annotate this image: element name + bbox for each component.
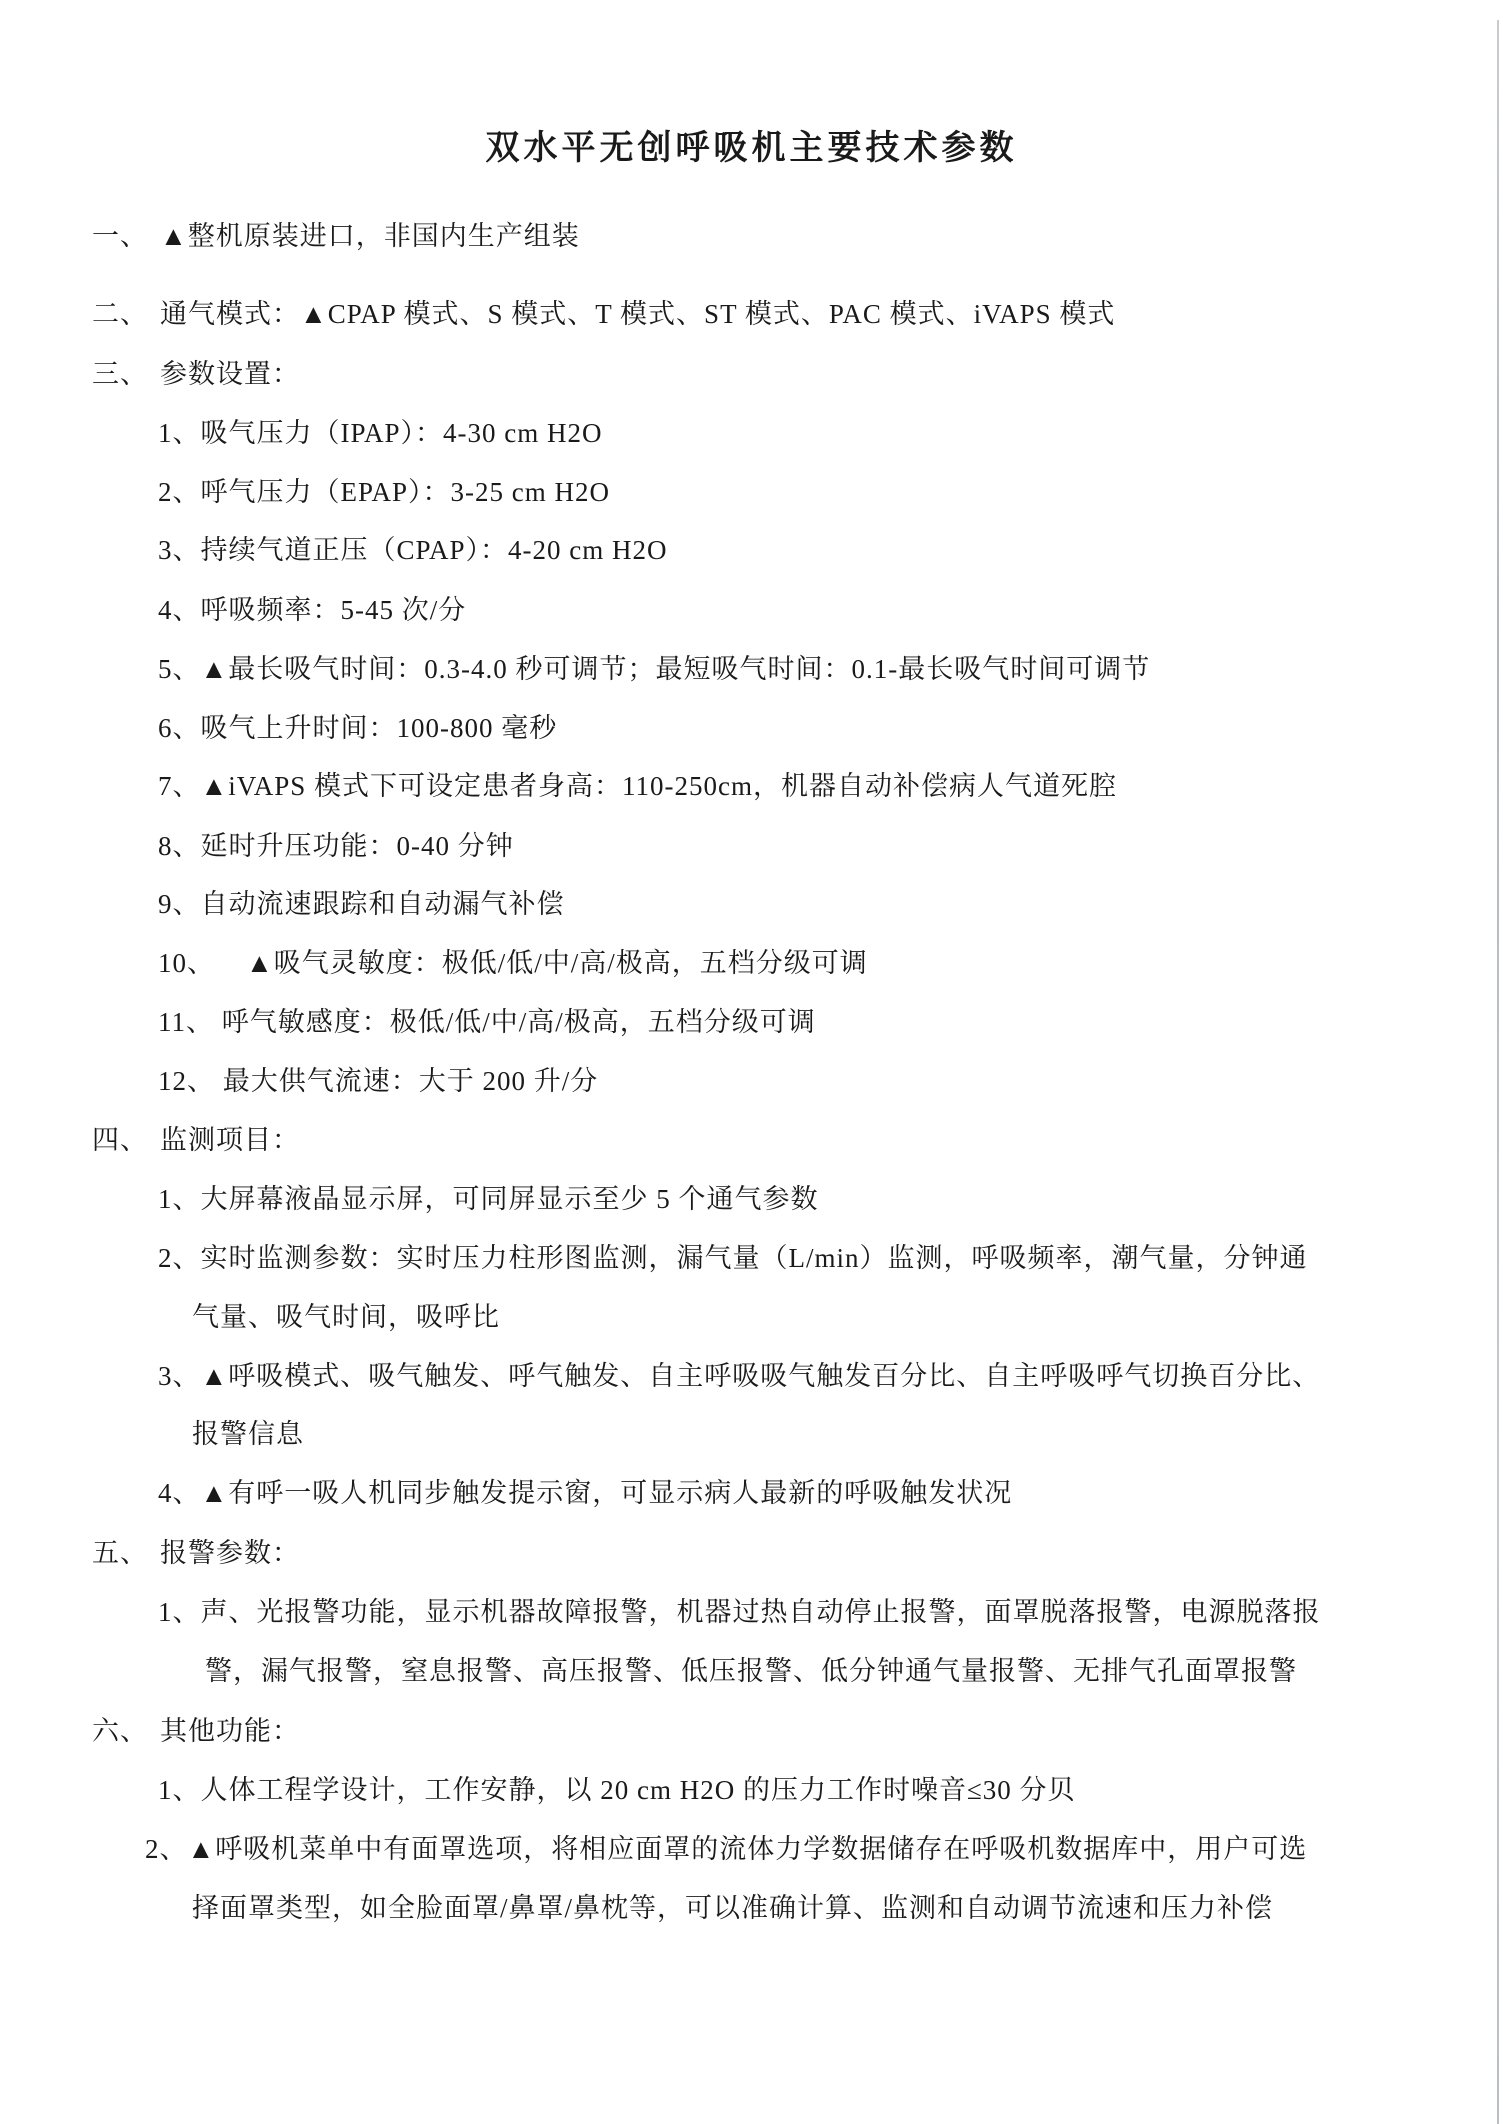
- list-item: 7、▲iVAPS 模式下可设定患者身高：110-250cm，机器自动补偿病人气道…: [158, 766, 1117, 806]
- section-number: 五、: [92, 1533, 160, 1573]
- list-item-continuation: 警，漏气报警，窒息报警、高压报警、低压报警、低分钟通气量报警、无排气孔面罩报警: [205, 1651, 1297, 1691]
- list-item: 1、人体工程学设计，工作安静，以 20 cm H2O 的压力工作时噪音≤30 分…: [158, 1770, 1076, 1810]
- section-number: 一、: [92, 216, 160, 256]
- list-item: 12、 最大供气流速：大于 200 升/分: [158, 1061, 598, 1101]
- list-item: 2、呼气压力（EPAP）：3-25 cm H2O: [158, 472, 610, 512]
- section-heading-text: 通气模式：▲CPAP 模式、S 模式、T 模式、ST 模式、PAC 模式、iVA…: [160, 299, 1115, 329]
- list-item: 11、 呼气敏感度：极低/低/中/高/极高，五档分级可调: [158, 1002, 816, 1042]
- section-heading-text: ▲整机原装进口，非国内生产组装: [160, 221, 580, 251]
- list-item: 2、实时监测参数：实时压力柱形图监测，漏气量（L/min）监测，呼吸频率，潮气量…: [158, 1238, 1308, 1278]
- section-2-heading: 二、通气模式：▲CPAP 模式、S 模式、T 模式、ST 模式、PAC 模式、i…: [92, 294, 1115, 334]
- list-item: 4、▲有呼一吸人机同步触发提示窗，可显示病人最新的呼吸触发状况: [158, 1473, 1012, 1513]
- list-item: 3、▲呼吸模式、吸气触发、呼气触发、自主呼吸吸气触发百分比、自主呼吸呼气切换百分…: [158, 1356, 1320, 1396]
- list-item-continuation: 择面罩类型，如全脸面罩/鼻罩/鼻枕等，可以准确计算、监测和自动调节流速和压力补偿: [192, 1888, 1273, 1928]
- list-item: 1、大屏幕液晶显示屏，可同屏显示至少 5 个通气参数: [158, 1179, 819, 1219]
- section-heading-text: 报警参数：: [160, 1538, 300, 1568]
- section-5-heading: 五、报警参数：: [92, 1533, 300, 1573]
- section-heading-text: 其他功能：: [160, 1716, 300, 1746]
- section-heading-text: 参数设置：: [160, 359, 300, 389]
- page-title: 双水平无创呼吸机主要技术参数: [0, 120, 1503, 169]
- list-item-continuation: 报警信息: [192, 1414, 304, 1454]
- section-heading-text: 监测项目：: [160, 1125, 300, 1155]
- list-item: 9、自动流速跟踪和自动漏气补偿: [158, 884, 565, 924]
- section-4-heading: 四、监测项目：: [92, 1120, 300, 1160]
- section-number: 六、: [92, 1711, 160, 1751]
- section-number: 二、: [92, 294, 160, 334]
- list-item-continuation: 气量、吸气时间，吸呼比: [192, 1297, 500, 1337]
- list-item: 1、声、光报警功能，显示机器故障报警，机器过热自动停止报警，面罩脱落报警，电源脱…: [158, 1592, 1321, 1632]
- section-3-heading: 三、参数设置：: [92, 354, 300, 394]
- section-6-heading: 六、其他功能：: [92, 1711, 300, 1751]
- section-number: 三、: [92, 354, 160, 394]
- list-item: 10、 ▲吸气灵敏度：极低/低/中/高/极高，五档分级可调: [158, 943, 868, 983]
- list-item: 8、延时升压功能：0-40 分钟: [158, 826, 514, 866]
- section-number: 四、: [92, 1120, 160, 1160]
- list-item: 5、▲最长吸气时间：0.3-4.0 秒可调节；最短吸气时间：0.1-最长吸气时间…: [158, 649, 1150, 689]
- page-right-edge-line: [1497, 20, 1499, 2124]
- list-item: 1、吸气压力（IPAP）：4-30 cm H2O: [158, 413, 603, 453]
- list-item: 2、▲呼吸机菜单中有面罩选项，将相应面罩的流体力学数据储存在呼吸机数据库中，用户…: [145, 1829, 1307, 1869]
- list-item: 4、呼吸频率：5-45 次/分: [158, 590, 466, 630]
- list-item: 3、持续气道正压（CPAP）：4-20 cm H2O: [158, 530, 668, 570]
- list-item: 6、吸气上升时间：100-800 毫秒: [158, 708, 557, 748]
- section-1-heading: 一、▲整机原装进口，非国内生产组装: [92, 216, 580, 256]
